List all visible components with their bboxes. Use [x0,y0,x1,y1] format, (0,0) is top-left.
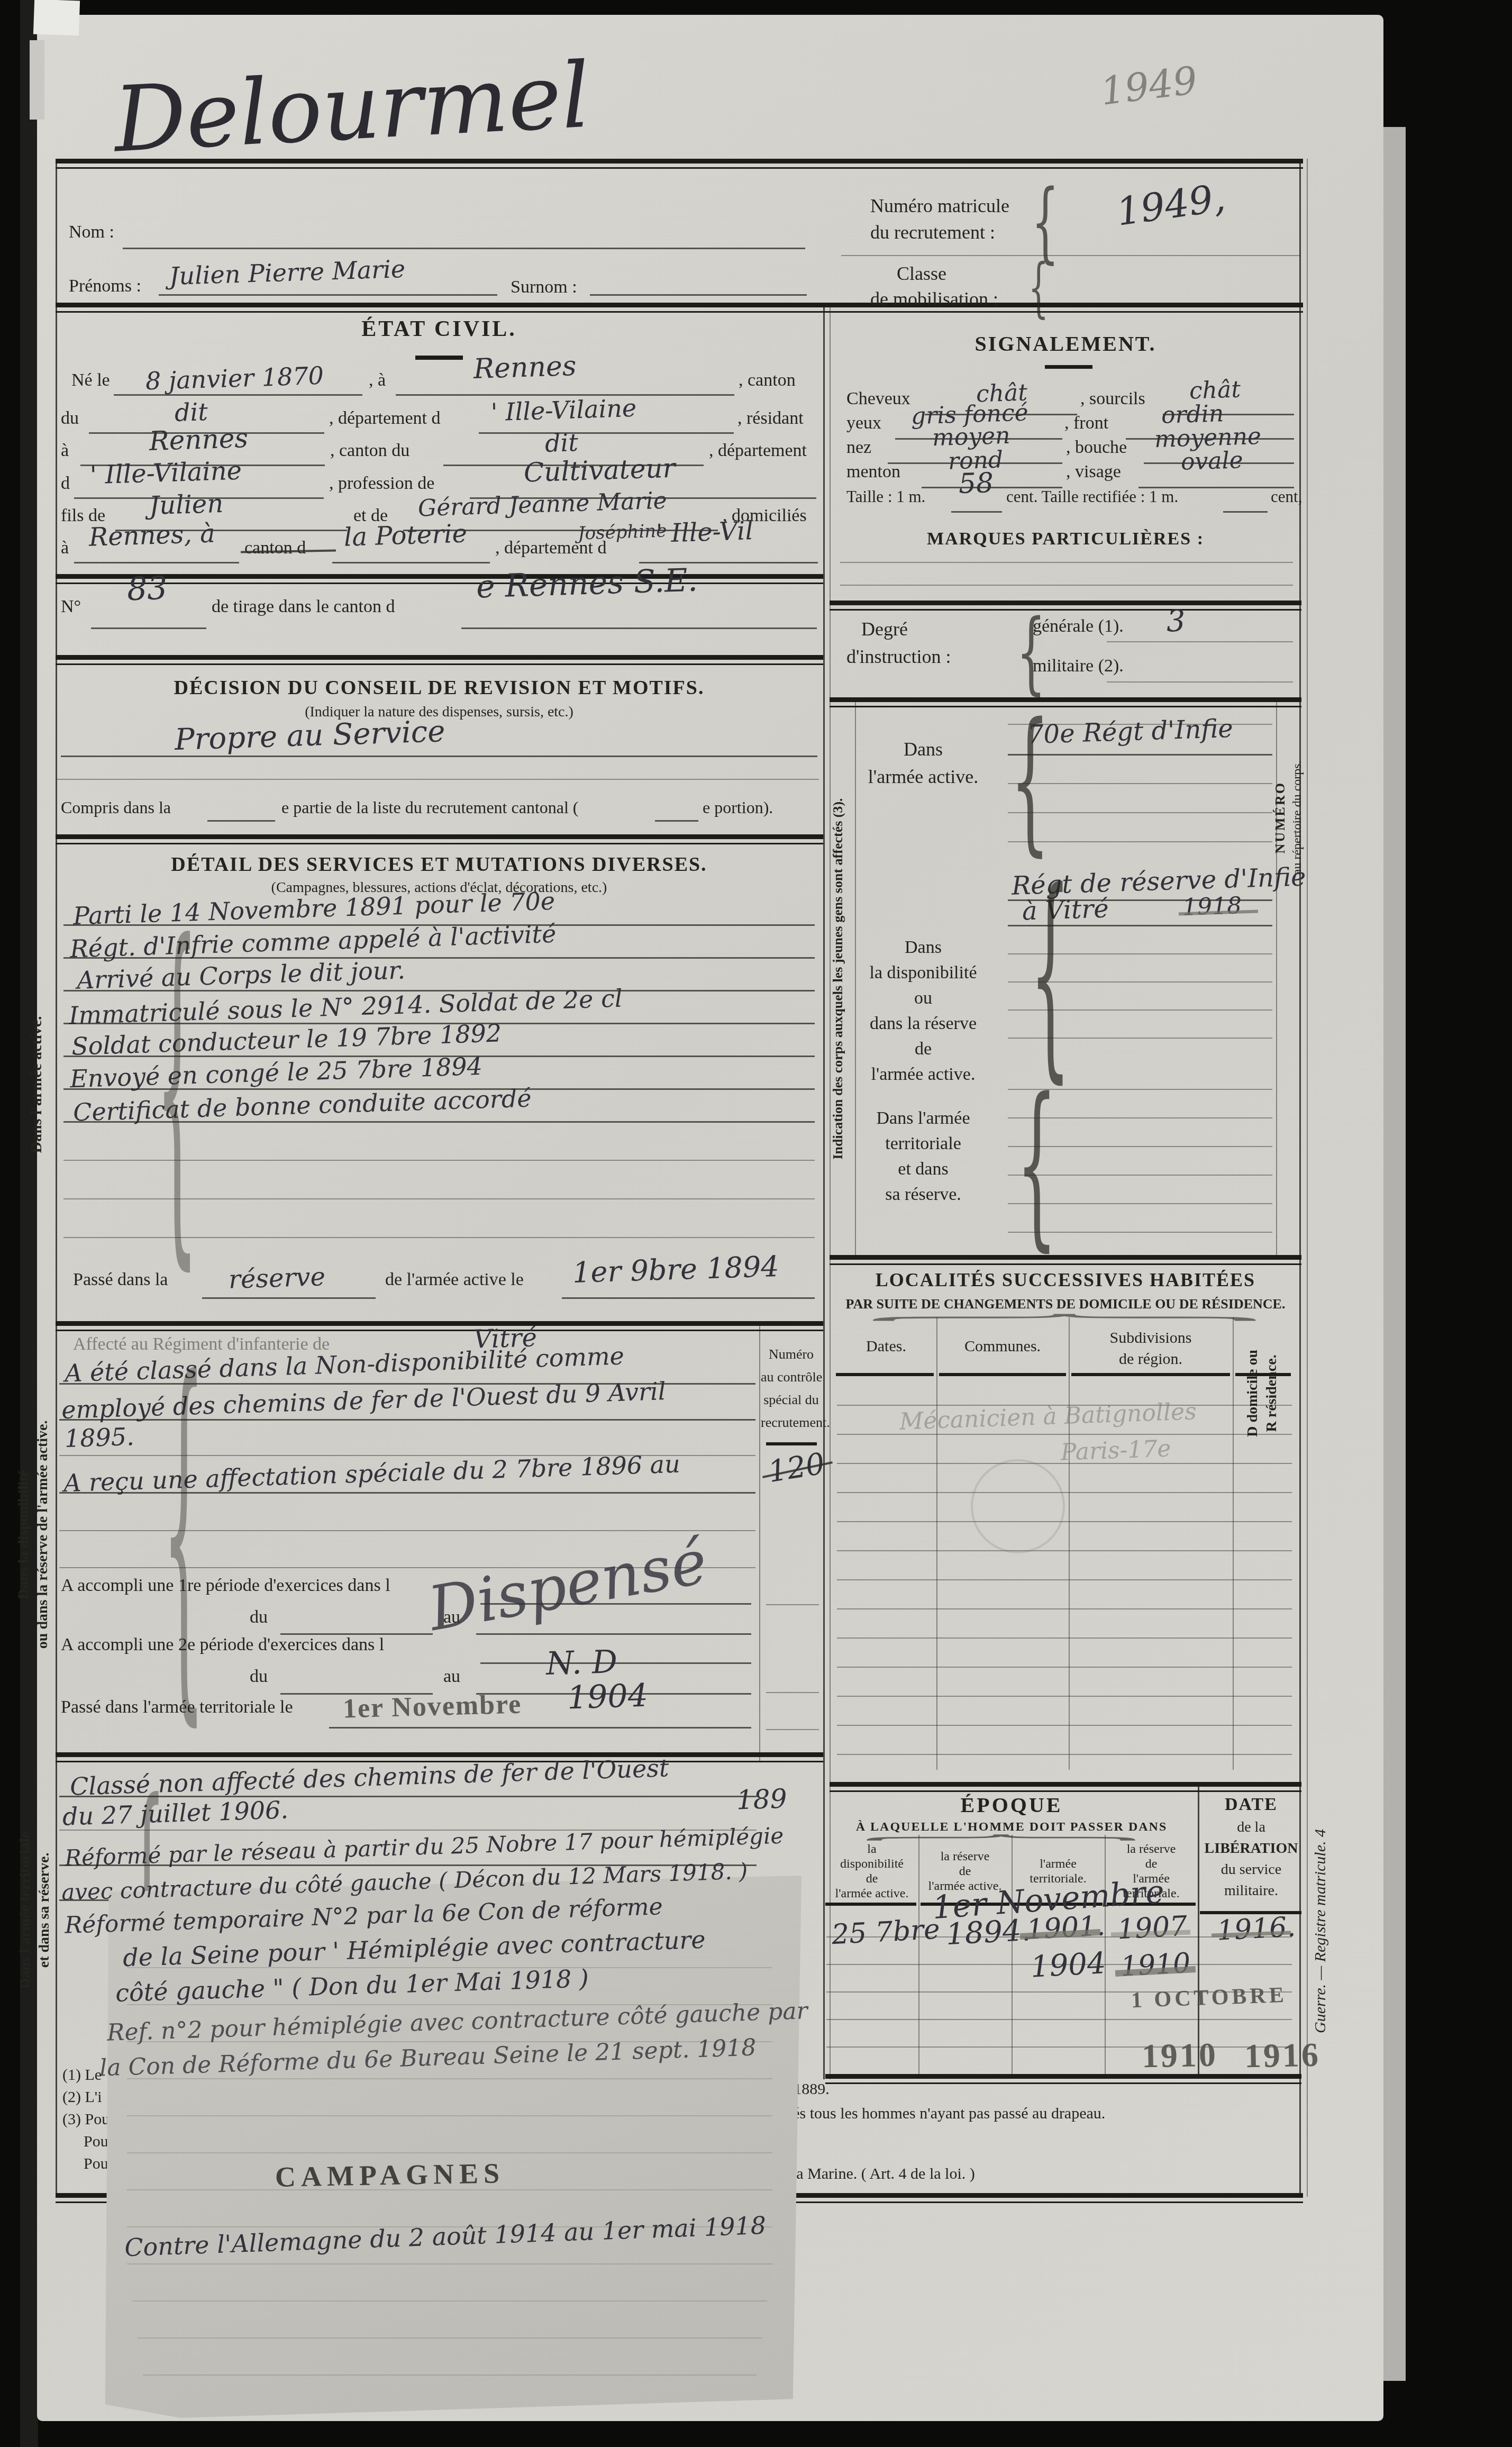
decision-line-2 [57,779,819,780]
taille-value: 58 [958,467,994,500]
epoque-col1-label: de [825,1872,918,1886]
margin-active-brace: { [156,899,198,1270]
corps-dispo-line [1008,1038,1272,1039]
localites-header-rule [1235,1373,1291,1376]
epoque-col4-label: la réserve [1107,1842,1196,1857]
military-register-page: 1949 Delourmel Nom : Prénoms : Julien Pi… [0,0,1512,2447]
corps-terr-line [1008,1117,1272,1118]
canton-label: , canton [739,370,796,390]
prenoms-line [159,294,497,296]
epoque-col4-label: de [1107,1857,1196,1871]
slip-line [127,2263,772,2264]
slip-line [143,2375,757,2376]
compris-label-2: e partie de la liste du recrutement cant… [281,798,579,817]
tirage-label: de tirage dans le canton d [212,597,395,617]
etat-civil-title: ÉTAT CIVIL. [56,316,823,342]
a1-label: , à [369,370,386,390]
compris-blank-1 [207,820,275,822]
column-divider [823,304,825,2079]
corps-terr-label: territoriale [857,1134,989,1154]
taille-label: Taille : 1 m. [846,487,925,506]
territoriale-stamp: 1er Novembre [342,1689,522,1725]
departement-line [479,432,734,434]
compris-blank-2 [655,820,698,822]
localites-pencil-entry-2: Paris-17e [1060,1435,1171,1466]
instruction-label-1: Degré [861,618,908,640]
d-label: d [61,474,70,494]
corps-terr-label: sa réserve. [857,1185,989,1205]
localites-row-line [837,1521,1292,1522]
nom-label: Nom : [69,222,114,242]
corps-active-line [1008,812,1272,813]
localites-col-subdiv-2: de région. [1070,1350,1232,1368]
instruction-label-2: d'instruction : [846,645,951,668]
menton-label: menton [846,462,900,482]
epoque-bottom-rule [825,2074,1301,2084]
controle-label-1: Numéro [761,1347,822,1362]
corps-terr-label: Dans l'armée [857,1108,989,1129]
epoque-date-divider [1198,1786,1199,2077]
taille-label-3: cent, [1271,487,1302,506]
tirage-no-label: N° [61,597,81,617]
pere-value: Julien [149,489,224,521]
tirage-no-value: 83 [126,570,168,608]
corps-dispo-label: Dans [857,938,989,958]
localites-col-divider [1233,1317,1234,1770]
corps-active-line [1008,724,1272,725]
slip-line [127,2152,772,2153]
departement-d-label: , département d [329,408,441,429]
corps-active-label-1: Dans [857,738,989,760]
footnote-left: (3) Pou [62,2111,110,2128]
localites-header-rule [836,1373,934,1376]
epoque-col-divider [918,1835,919,2077]
localites-row-line [837,1579,1292,1580]
corps-margin-label-wrap: Indication des corps auxquels les jeunes… [825,704,851,1254]
taille-rect-line [1223,511,1268,513]
localites-dr-label-1: D domicile ou [1243,1350,1262,1437]
margin-terr-label-2: et dans sa réserve. [35,1832,54,1989]
epoque-col3-label: l'armée [1014,1857,1103,1871]
a2-value: Rennes [149,423,249,457]
passe-reserve-line-1 [202,1297,376,1299]
a3-label: à [61,538,69,558]
epoque-title: ÉPOQUE [825,1793,1198,1817]
periode2-label: A accompli une 2e période d'exercices da… [61,1635,384,1655]
ne-le-value: 8 janvier 1870 [145,361,324,396]
epoque-value-1: 25 7bre [831,1914,941,1951]
localites-col-dates: Dates. [836,1338,936,1356]
stamp-1910: 1910 [1141,2035,1218,2076]
classe-label-1: Classe [897,262,946,285]
front-label: , front [1064,413,1108,433]
localites-dr-label-2: R résidence. [1262,1350,1281,1437]
a1-value: Rennes [473,350,577,385]
margin-dispo-wrap: Dans la disponibilité ou dans la réserve… [11,1312,57,1757]
corps-active-line [1008,754,1272,756]
controle-cell-line [766,1729,819,1730]
controle-label-4: recrutement. [761,1415,822,1431]
corps-bottom-rule [830,1255,1301,1265]
epoque-col1-label: la [825,1842,918,1857]
corps-label-divider [855,697,856,1255]
slip-line [127,2115,772,2116]
controle-label-3: spécial du [761,1392,822,1408]
surnom-line [590,294,807,296]
passe-reserve-line-2 [562,1297,815,1299]
classe-label-2: de mobilisation : [870,288,998,310]
margin-dispo-brace: { [162,1333,205,1725]
matricule-label-2: du recrutement : [870,221,995,243]
epoque-header-rule [825,1903,916,1906]
localites-row-line [837,1638,1292,1639]
localites-row-line [837,1492,1292,1493]
profession-label: , profession de [329,474,434,494]
classe-brace: { [1028,256,1049,320]
nom-line [123,248,805,249]
departement-value: ' Ille-Vilaine [490,394,637,427]
corner-paper-fragment [33,0,80,35]
passe-reserve-value-2: 1er 9bre 1894 [572,1250,779,1289]
canton-d-struck: canton d [244,538,306,558]
residant-label: , résidant [737,408,804,429]
corps-dispo-label: de [857,1039,989,1059]
passe-reserve-label-1: Passé dans la [73,1270,168,1290]
margin-terr-wrap: Dans l'armée territoriale et dans sa rés… [14,1751,56,2069]
epoque-date-label: DATE [1201,1795,1301,1815]
localites-dr-wrap: D domicile ou R résidence. [1234,1311,1291,1475]
nd-value: N. D [545,1643,618,1682]
yeux-label: yeux [846,413,881,433]
corps-dispo-line [1008,1009,1272,1011]
corps-terr-brace: { [1016,1075,1057,1253]
etat-civil-rule [56,574,823,584]
epoque-date-label: du service [1201,1861,1301,1878]
corps-terr-line [1008,1089,1272,1090]
passe-reserve-value-1: réserve [228,1262,326,1295]
etat-civil-dash [415,356,463,360]
decision-rule [56,834,823,844]
taille-label-2: cent. Taille rectifiée : 1 m. [1006,487,1178,506]
footnote-left: Pou [84,2133,108,2151]
corps-dispo-value-3: 1918 [1182,892,1242,921]
epoque-col-divider [1012,1835,1013,2077]
localites-col-divider [936,1317,937,1770]
corps-terr-line [1008,1146,1272,1147]
affectation-entry: 1895. [64,1422,134,1453]
signalement-dash [1045,365,1092,369]
margin-dispo-label-1: Dans la disponibilité [15,1420,34,1649]
epoque-col1-label: disponibilité [825,1857,918,1871]
corps-dispo-line [1008,953,1272,954]
localites-header-rule [1071,1373,1230,1376]
localites-row-line [837,1608,1292,1609]
epoque-date-label: LIBÉRATION [1201,1840,1301,1857]
canton-du-label: , canton du [330,441,409,461]
signalement-title: SIGNALEMENT. [830,331,1301,356]
numero-repertoire-wrap: NUMÉRO au répertoire du corps. [1274,704,1302,931]
epoque-date-label: militaire. [1201,1882,1301,1899]
corps-dispo-label: dans la réserve [857,1014,989,1034]
epoque-swash: { [868,1832,1159,1842]
tirage-rule [56,655,823,665]
margin-terr-label-1: Dans l'armée territoriale [16,1832,35,1989]
a3-line [74,562,239,563]
corps-terr-line [1008,1232,1272,1233]
controle-cell-line [766,1604,819,1605]
corps-dispo-brace: { [1030,862,1070,1085]
nez-label: nez [846,438,871,458]
localites-row-line [837,1754,1292,1755]
epoque-date-label: de la [1201,1819,1301,1836]
epoque-col1-label: l'armée active. [825,1887,918,1901]
corps-active-label-2: l'armée active. [857,766,989,788]
lieu-value: la Poterie [343,518,468,552]
departement-value-2: ' Ille-Vil [655,516,753,549]
localites-row-line [837,1550,1292,1551]
next-page-edge [1383,127,1406,2381]
controle-cell-line [766,1692,819,1693]
epoque-value-5: 1916. [1216,1911,1297,1947]
localites-swash: { [867,1312,1281,1323]
d-value: ' Ille-Vilaine [89,456,242,490]
militaire-line [1107,681,1293,683]
epoque-col2-label: de [921,1864,1009,1879]
localites-title: LOCALITÉS SUCCESSIVES HABITÉES [830,1269,1301,1291]
marques-title: MARQUES PARTICULIÈRES : [830,529,1301,549]
margin-active-wrap: Dans l'armée active. [19,868,54,1302]
tirage-line [461,627,817,629]
sourcils-label: , sourcils [1080,389,1145,409]
du-label: du [61,408,79,429]
lieu-line [332,562,490,563]
numero-repertoire-label-2: au répertoire du corps. [1289,760,1305,875]
du-value: dit [174,397,208,427]
periode2-au: au [443,1667,460,1687]
surnom-label: Surnom : [511,277,577,297]
visage-label: , visage [1066,462,1121,482]
corps-dispo-line [1008,981,1272,983]
footnote-left: Pou [84,2155,108,2173]
matricule-divider [841,255,1300,256]
marques-line [840,562,1293,563]
a2-label: à [61,441,69,461]
right-margin-wrap: Guerre. — Registre matricule. 4 [1306,1667,1335,2196]
header-bottom-rule [56,303,1303,313]
footnote-left: (2) L'i [62,2088,102,2106]
corps-terr-line [1008,1203,1272,1204]
profession-value: Cultivateur [523,453,676,488]
controle-thick-rule [766,1442,817,1445]
reforme-margin-value: 189 [736,1784,787,1816]
departement-d2-label: , département d [495,538,607,558]
localites-row-line [837,1725,1292,1726]
corps-terr-label: et dans [857,1159,989,1179]
margin-dispo-label-2: ou dans la réserve de l'armée active. [34,1420,53,1649]
a3-value: Rennes, à [88,518,215,552]
localites-col-communes: Communes. [937,1338,1068,1356]
controle-divider [759,1325,760,1762]
edge-paper-fragment [30,40,44,120]
corps-dispo-label: ou [857,988,989,1008]
epoque-value-4: 1907 [1117,1911,1188,1946]
canton-du-value: dit [544,428,578,458]
prenoms-label: Prénoms : [69,276,141,296]
campagnes-title: CAMPAGNES [275,2157,505,2194]
slip-line [132,2300,767,2302]
decision-line-1 [61,756,817,757]
corps-dispo-label: la disponibilité [857,963,989,983]
localites-header-rule [939,1373,1066,1376]
faint-round-stamp [971,1459,1065,1553]
localites-row-line [837,1667,1292,1668]
epoque-col2-label: la réserve [921,1850,1009,1864]
visage-value: ovale [1180,447,1243,476]
periode1-du: du [250,1607,268,1627]
localites-row-line [837,1696,1292,1697]
tirage-no-line [91,627,206,629]
localites-col-subdiv-1: Subdivisions [1070,1329,1232,1347]
epoque-value-3: 1904 [1030,1946,1107,1984]
corps-margin-label: Indication des corps auxquels les jeunes… [830,798,846,1159]
generale-line [1107,641,1293,642]
compris-label-1: Compris dans la [61,798,171,817]
footnote-left: (1) Le [62,2066,102,2084]
decision-title: DÉCISION DU CONSEIL DE REVISION ET MOTIF… [56,676,823,699]
marques-bottom-rule [830,601,1301,611]
cheveux-label: Cheveux [846,389,910,409]
territoriale-value: 1904 [567,1677,649,1717]
right-margin-label: Guerre. — Registre matricule. 4 [1311,1829,1329,2033]
epoque-row-line [826,2046,1292,2048]
periode1-label: A accompli une 1re période d'exercices d… [61,1576,390,1596]
epoque-value-4-struck: 1910 [1120,1948,1191,1983]
slip-line [138,2337,762,2339]
periode2-du: du [250,1667,268,1687]
periode1-au-line [476,1633,751,1635]
generale-label: générale (1). [1033,616,1124,636]
militaire-label: militaire (2). [1033,656,1124,676]
margin-active-label: Dans l'armée active. [28,1016,45,1153]
localites-bottom-rule [830,1782,1301,1792]
instruction-bottom-rule [830,697,1301,707]
passe-reserve-label-2: de l'armée active le [385,1270,524,1290]
taille-line [951,511,1002,513]
marques-line [840,585,1293,586]
corps-terr-line [1008,1175,1272,1176]
corps-active-line [1008,783,1272,784]
numero-repertoire-label-1: NUMÉRO [1272,760,1289,875]
departement2-label: , département [709,441,807,461]
slip-line [127,2078,772,2079]
matricule-label-1: Numéro matricule [870,195,1009,217]
corps-active-line [1008,841,1272,842]
compris-label-3: e portion). [703,798,773,817]
generale-value: 3 [1166,604,1186,639]
localites-col-divider [1069,1317,1070,1770]
tirage-value: e Rennes S.E. [476,561,698,605]
corps-dispo-label: l'armée active. [857,1065,989,1085]
epoque-row-line [826,2019,1292,2020]
octobre-stamp: 1 OCTOBRE [1131,1982,1287,2013]
bouche-label: , bouche [1066,438,1127,458]
ne-le-label: Né le [71,370,110,390]
territoriale-line [329,1727,751,1729]
controle-label-2: au contrôle [761,1369,822,1385]
